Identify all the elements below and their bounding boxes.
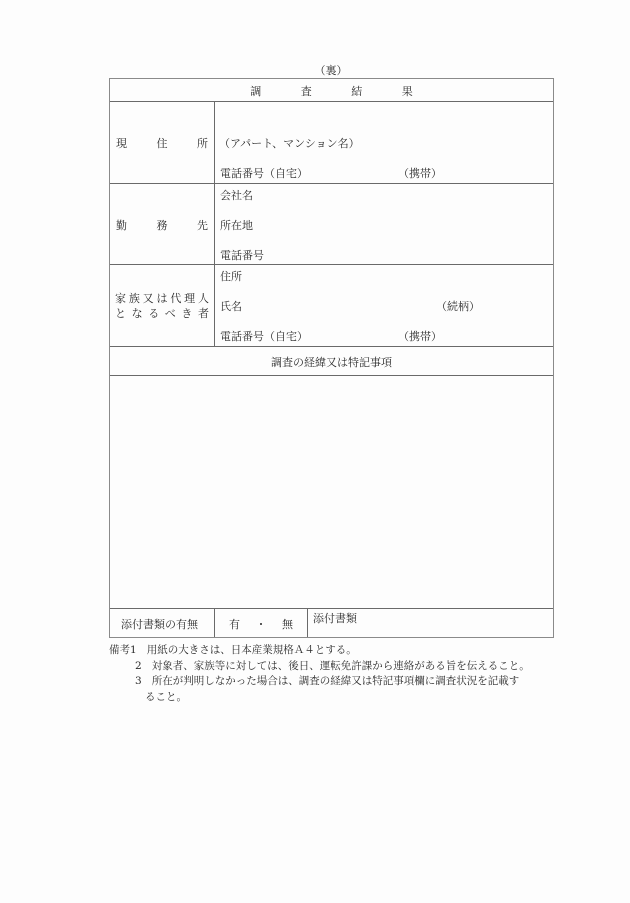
- label-char: な: [132, 305, 143, 321]
- label-char: 先: [197, 217, 208, 233]
- title-char: 果: [402, 83, 413, 99]
- divider-notes-area: [110, 608, 553, 609]
- special-notes-area[interactable]: [111, 377, 552, 607]
- label-char: 又: [143, 290, 154, 306]
- workplace-location-field[interactable]: 所在地: [220, 217, 253, 233]
- label-char: べ: [165, 305, 176, 321]
- workplace-phone-field[interactable]: 電話番号: [220, 247, 264, 263]
- attachments-yes-no-choice[interactable]: 有 ・ 無: [215, 616, 307, 632]
- attachments-documents-field[interactable]: 添付書類: [313, 610, 357, 626]
- title-char: 調: [250, 83, 261, 99]
- label-char: 理: [184, 290, 195, 306]
- attachments-no-option[interactable]: 無: [282, 618, 293, 631]
- family-relationship-field[interactable]: （続柄）: [436, 298, 480, 314]
- remark-text: 所在が判明しなかった場合は、調査の経緯又は特記事項欄に調査状況を記載す: [152, 675, 520, 687]
- title-char: 結: [351, 83, 362, 99]
- divider-title: [110, 101, 553, 102]
- family-address-field[interactable]: 住所: [220, 268, 242, 284]
- attachments-presence-label: 添付書類の有無: [121, 616, 198, 632]
- family-agent-label-line2: と な る べ き 者: [115, 305, 209, 321]
- divider-workplace: [110, 264, 553, 265]
- remark-number: 3: [135, 675, 142, 687]
- label-char: と: [115, 305, 126, 321]
- family-name-field[interactable]: 氏名: [220, 298, 242, 314]
- label-char: 者: [198, 305, 209, 321]
- current-address-label: 現 住 所: [116, 135, 208, 151]
- remark-number: 1: [130, 644, 137, 656]
- page-label-back: （裏）: [0, 62, 630, 78]
- remark-item: 3 所在が判明しなかった場合は、調査の経緯又は特記事項欄に調査状況を記載す: [109, 674, 530, 690]
- remark-number: 2: [135, 660, 142, 672]
- family-phone-mobile-field[interactable]: （携帯）: [398, 328, 442, 344]
- label-char: は: [156, 290, 167, 306]
- label-char: 務: [157, 217, 168, 233]
- label-char: る: [148, 305, 159, 321]
- divider-family: [110, 346, 553, 347]
- current-address-apartment-field[interactable]: （アパート、マンション名）: [219, 135, 360, 151]
- label-char: 現: [116, 135, 127, 151]
- workplace-label: 勤 務 先: [116, 217, 208, 233]
- special-notes-header: 調査の経緯又は特記事項: [110, 354, 553, 370]
- label-char: 所: [197, 135, 208, 151]
- remark-continuation: ること。: [109, 690, 530, 706]
- title-char: 査: [301, 83, 312, 99]
- label-char: き: [181, 305, 192, 321]
- family-phone-home-field[interactable]: 電話番号（自宅）: [220, 328, 308, 344]
- label-char: 勤: [116, 217, 127, 233]
- divider-notes-header: [110, 375, 553, 376]
- label-char: 族: [129, 290, 140, 306]
- label-column-divider: [214, 101, 215, 346]
- table-title: 調 査 結 果: [110, 83, 553, 99]
- divider-address: [110, 183, 553, 184]
- remark-text: 用紙の大きさは、日本産業規格Ａ４とする。: [147, 644, 357, 656]
- current-address-phone-home-field[interactable]: 電話番号（自宅）: [220, 165, 308, 181]
- attachments-separator: ・: [256, 618, 267, 631]
- remarks-prefix: 備考: [109, 644, 130, 656]
- current-address-phone-mobile-field[interactable]: （携帯）: [398, 165, 442, 181]
- remark-text: 対象者、家族等に対しては、後日、運転免許課から連絡がある旨を伝えること。: [152, 660, 530, 672]
- workplace-company-name-field[interactable]: 会社名: [220, 187, 253, 203]
- label-char: 家: [115, 290, 126, 306]
- label-char: 代: [170, 290, 181, 306]
- remarks: 備考1 用紙の大きさは、日本産業規格Ａ４とする。 2 対象者、家族等に対しては、…: [109, 643, 530, 705]
- label-char: 住: [157, 135, 168, 151]
- remark-item: 備考1 用紙の大きさは、日本産業規格Ａ４とする。: [109, 643, 530, 659]
- family-agent-label-line1: 家 族 又 は 代 理 人: [115, 290, 209, 306]
- remark-item: 2 対象者、家族等に対しては、後日、運転免許課から連絡がある旨を伝えること。: [109, 659, 530, 675]
- attachments-yes-option[interactable]: 有: [229, 618, 240, 631]
- attach-divider-2: [307, 608, 308, 637]
- label-char: 人: [198, 290, 209, 306]
